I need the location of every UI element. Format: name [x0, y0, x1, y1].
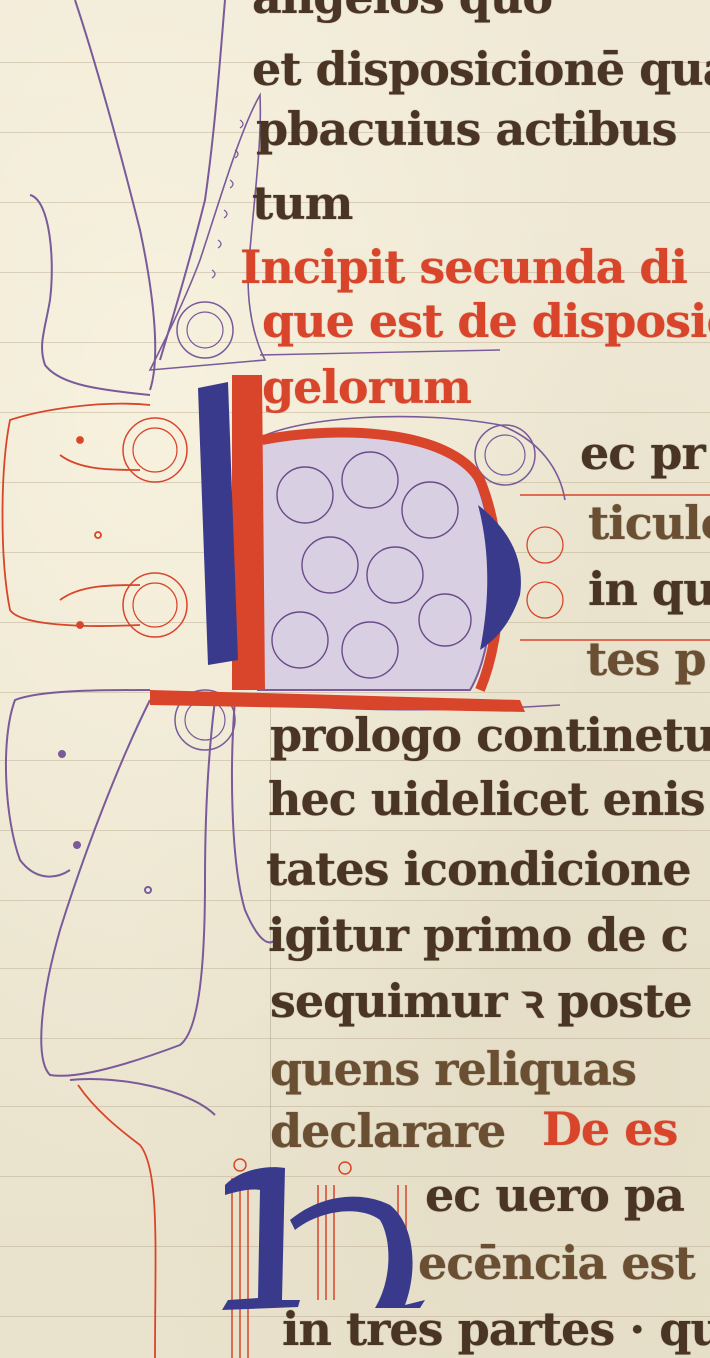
manuscript-line: ecēncia est d [418, 1240, 710, 1286]
manuscript-line: sequimur ꝛ poste [270, 978, 692, 1024]
manuscript-line: angelos quo [252, 0, 552, 20]
manuscript-line: et disposicionē qua [252, 46, 710, 92]
ruling-line [0, 622, 710, 623]
manuscript-line: ticulo [588, 500, 710, 546]
ruling-line [0, 202, 710, 203]
manuscript-page: angelos quo et disposicionē qua pbacuius… [0, 0, 710, 1358]
ruling-line [0, 968, 710, 969]
manuscript-line: tum [252, 180, 352, 226]
ruling-line [0, 1038, 710, 1039]
ruling-line [0, 482, 710, 483]
marginal-flourish-line [75, 0, 155, 390]
ruling-line [0, 900, 710, 901]
manuscript-line: prologo continetu [270, 712, 710, 758]
manuscript-line: hec uidelicet enis [268, 776, 705, 822]
big-initial-h [150, 375, 525, 712]
rubric-line: que est de disposici [262, 298, 710, 344]
manuscript-line: ec pr [580, 430, 705, 476]
ruling-line [0, 692, 710, 693]
rubric-line: gelorum [262, 364, 471, 410]
manuscript-line: declarare [270, 1108, 505, 1154]
manuscript-line: igitur primo de c [268, 912, 688, 958]
rubric-heading: De es [542, 1106, 677, 1152]
manuscript-line: tates icondicione [266, 846, 691, 892]
manuscript-line: ec uero pa [425, 1172, 684, 1218]
manuscript-line: pbacuius actibus [256, 106, 676, 152]
ruling-line [0, 552, 710, 553]
manuscript-line: tes p [586, 636, 706, 682]
manuscript-line: in tres partes · qu [282, 1306, 710, 1352]
manuscript-line: quens reliquas [270, 1046, 636, 1092]
rubric-line: Incipit secunda di [240, 244, 687, 290]
ruling-line [0, 830, 710, 831]
manuscript-line: in qu [588, 566, 710, 612]
red-marginal-flourish [3, 404, 151, 626]
